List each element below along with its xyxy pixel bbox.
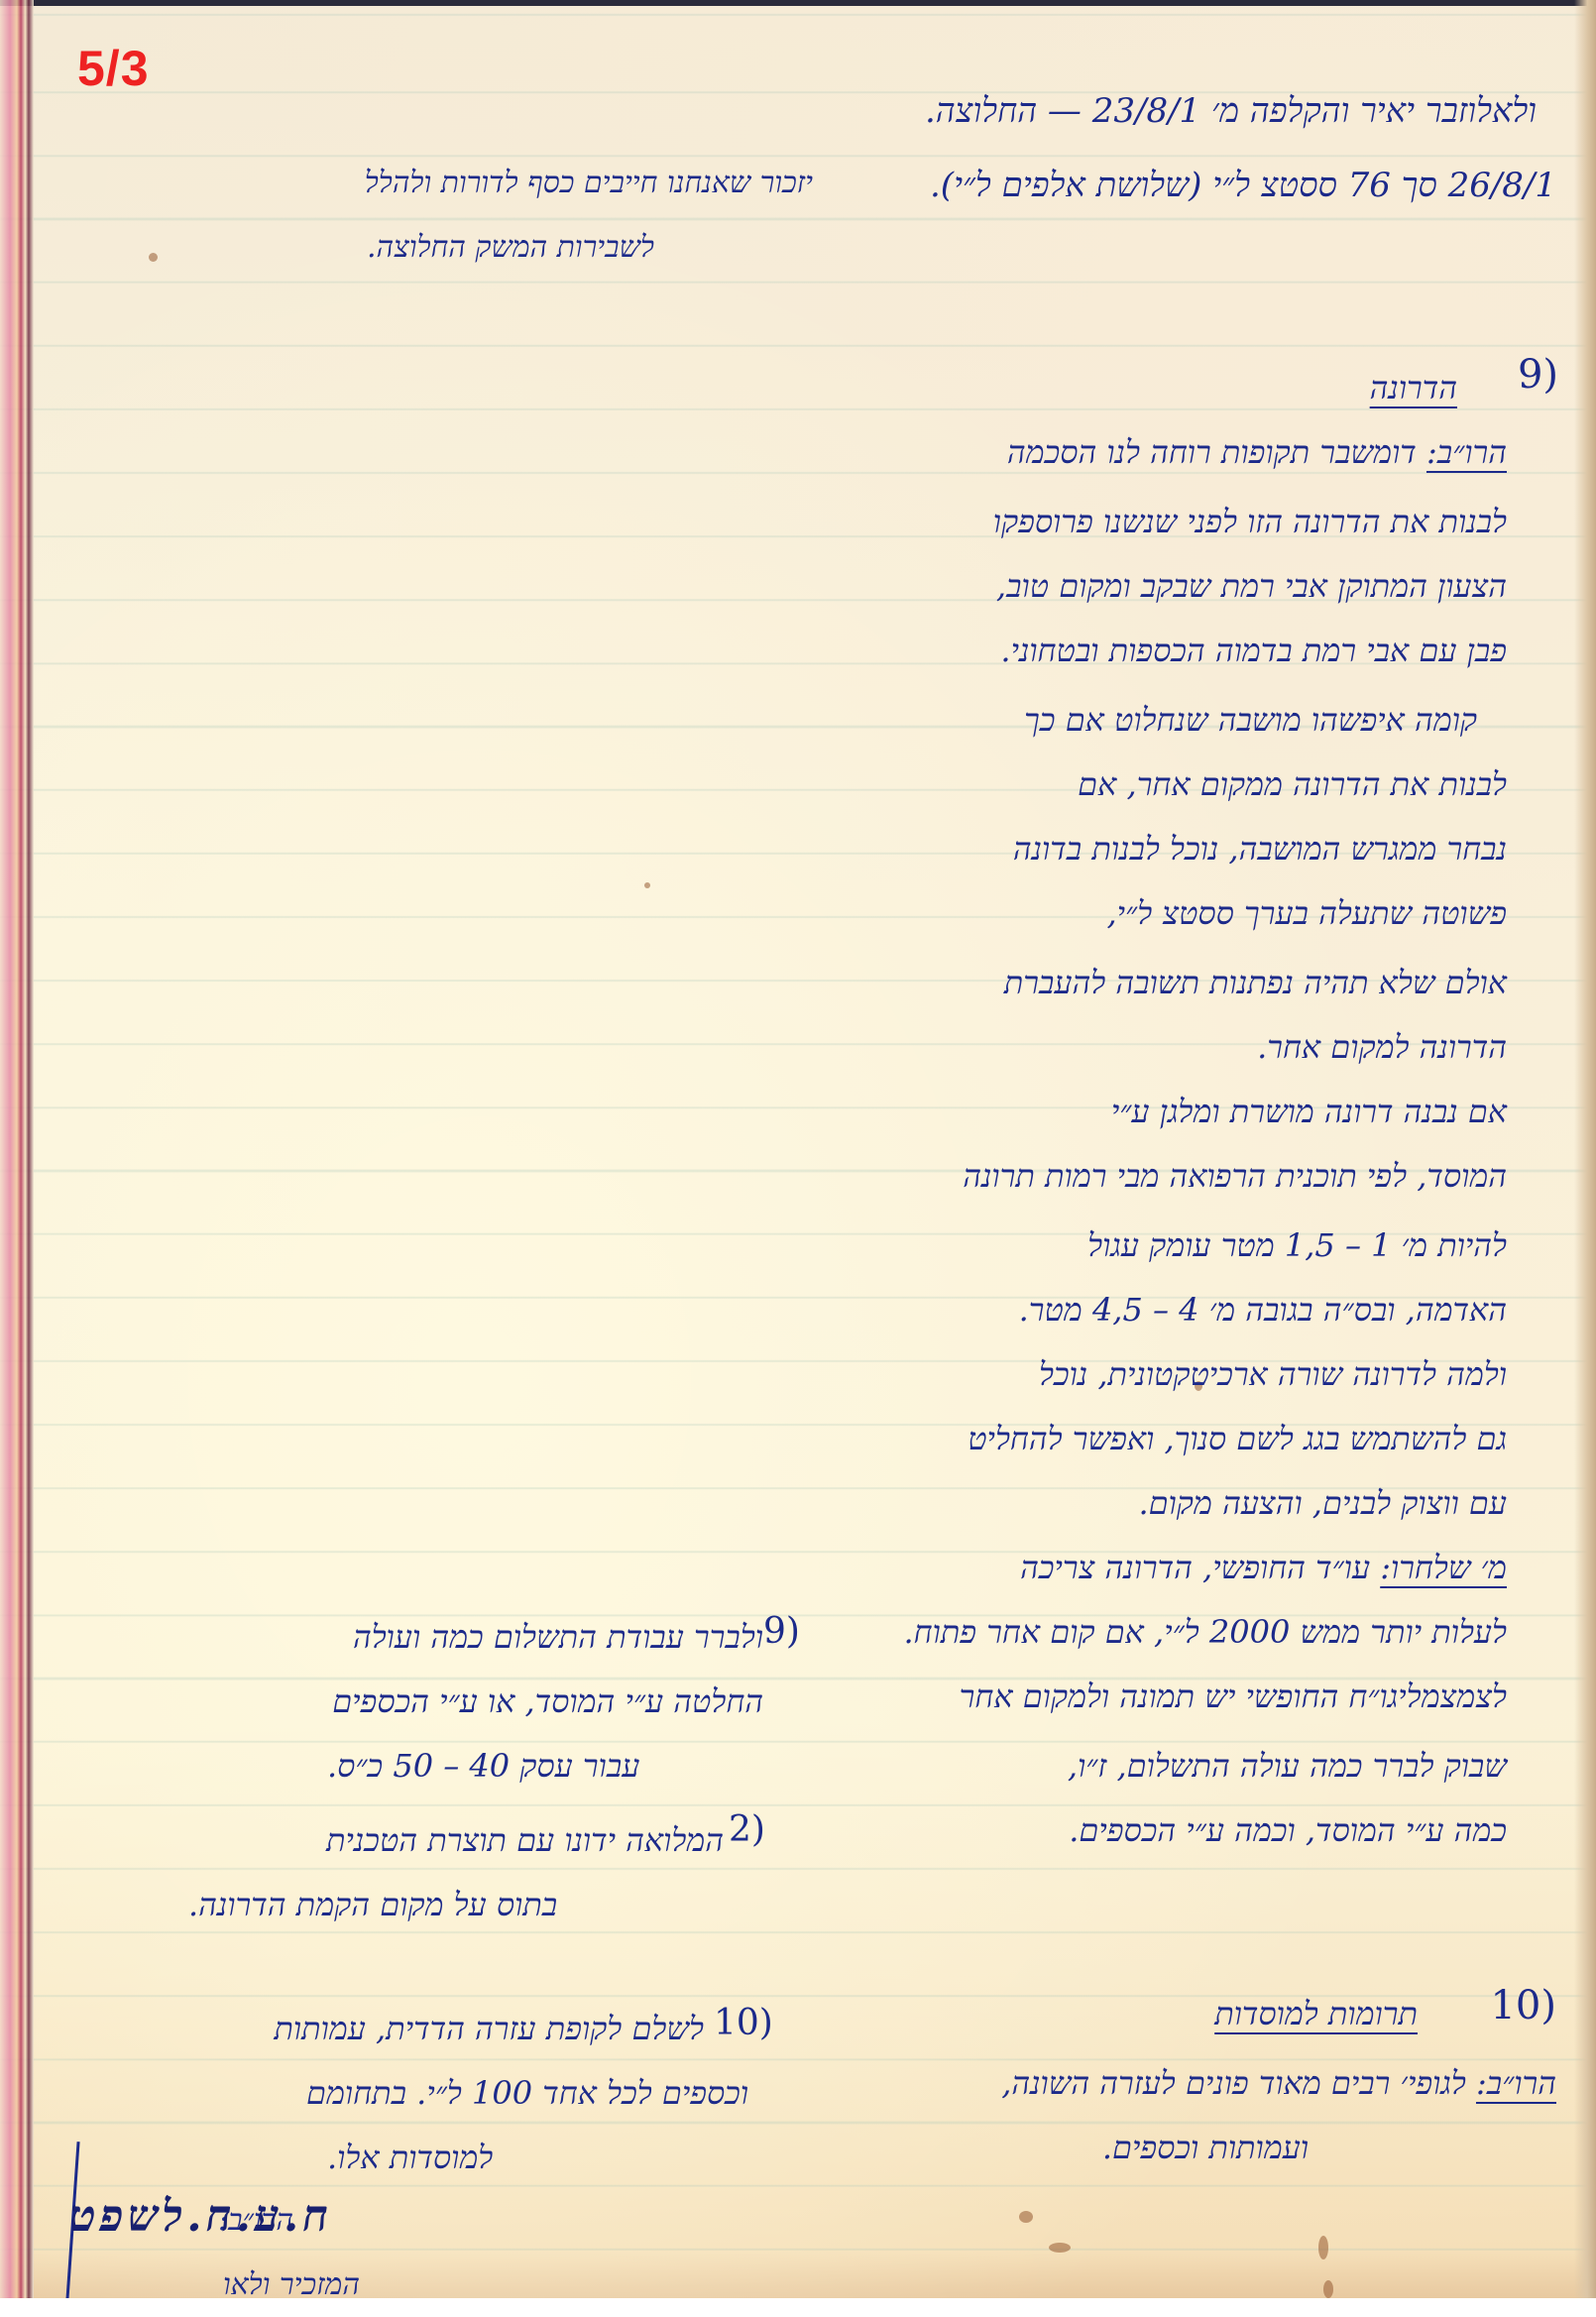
section-9-title: הדרונה — [1370, 372, 1457, 404]
page-right-edge — [1574, 0, 1596, 2298]
section-9-line: הדרונה למקום אחר. — [1257, 1031, 1507, 1063]
ink-speck — [149, 253, 158, 262]
signature-name: ח.ע.ח.לשפט — [69, 2191, 332, 2242]
decision-9-item-2-number: 2) — [729, 1809, 765, 1850]
section-9-paragraph-2-line: עם ווצוק לבנים, והצעה מקום. — [1138, 1487, 1507, 1519]
scan-top-edge — [0, 0, 1596, 6]
section-9-paragraph-2-line: גם להשתמש בגג לשם סנוך, ואפשר להחליט — [968, 1423, 1507, 1454]
section-9-line: נבחר ממגרש המושבה, נוכל לבנות בדונה — [1013, 833, 1507, 865]
section-9-number: 9) — [1518, 352, 1558, 398]
header-note-line-2: לשבירות המשק החלוצה. — [367, 233, 654, 263]
decision-9-line: עבור עסק 40 – 50 כ״ס. — [327, 1750, 639, 1782]
section-9-line: פשוטה שתעלה בערך ססטצ ל״י, — [1106, 897, 1507, 929]
header-line-1: ולאלוזבר יאיר והקלפה מ׳ 23/8/1 — החלוצה. — [925, 94, 1537, 128]
section-9-line: קומה איפשהו מושבה שנחלוט אם כך — [1024, 704, 1477, 736]
section-9-paragraph-3-line: לעלות יותר ממש 2000 ל״י, אם קום אחר פתוח… — [903, 1616, 1507, 1648]
speaker-label: הרו״ב: — [1426, 433, 1507, 471]
decision-9-item-2-line: בתוס על מקום הקמת הדרונה. — [188, 1889, 557, 1920]
section-9-paragraph-2-line: האדמה, ובס״ה בגובה מ׳ 4 – 4,5 מטר. — [1019, 1294, 1507, 1326]
rust-stain — [1019, 2211, 1033, 2223]
section-9-line: הצעון המתוקן אבי רמת שבקב ומקום טוב, — [996, 570, 1507, 602]
decision-10-line: לשלם לקופת עזרה הדדית, עמותות — [109, 2013, 704, 2044]
section-9-line: לבנות את הדרונה ממקום אחר, אם — [1078, 768, 1507, 800]
section-9-body: הרו״ב: דומשבר תקופות רוחה לנו הסכמה — [1007, 436, 1507, 468]
decision-9-line: החלטה ע״י המוסד, או ע״י הכספים — [109, 1685, 763, 1717]
decision-9-line: ולברר עבודת התשלום כמה ועולה — [109, 1621, 763, 1653]
section-9-paragraph-3-line: לצמצמליגו״ח החופשי יש תמונה ולמקום אחר — [960, 1680, 1507, 1712]
section-9-paragraph-3-first: מ׳ שלחרו: עו״ד החופשי, הדרונה צריכה — [1020, 1552, 1507, 1583]
section-9-paragraph-3-line: שבוק לברר כמה עולה התשלום, ז״ו, — [1068, 1750, 1507, 1782]
decision-9-item-2-line: המלואה ידונו עם תוצרת הטכנית — [109, 1824, 724, 1856]
header-line-2: 26/8/1 סך 76 ססטצ ל״י (שלושת אלפים ל״י). — [930, 169, 1556, 202]
secretary-signature-fragment: המזכיר ולאו — [223, 2270, 360, 2298]
rust-stain — [1323, 2280, 1333, 2298]
section-9-paragraph-2-line: להיות מ׳ 1 – 1,5 מטר עומק עגול — [1087, 1229, 1507, 1261]
sub-speaker-label: מ׳ שלחרו: — [1380, 1549, 1507, 1586]
section-9-paragraph-3-line: כמה ע״י המוסד, וכמה ע״י הכספים. — [1069, 1814, 1507, 1846]
section-10-line: ועמותות וכספים. — [1102, 2132, 1309, 2163]
section-9-paragraph-2-line: ולמה לדרונה שורה ארכיטקטונית, נוכל — [1039, 1358, 1507, 1390]
decision-10-line: וכספים לכל אחד 100 ל״י. בתחומם — [55, 2077, 748, 2109]
decision-10-number: 10) — [714, 2003, 773, 2043]
rust-stain — [1318, 2236, 1328, 2259]
section-10-title: תרומות למוסדות — [1214, 1998, 1418, 2029]
ruled-lines — [0, 0, 1596, 2298]
rust-stain — [1049, 2243, 1071, 2253]
decision-10-line: למוסדות אלו. — [327, 2142, 493, 2173]
scanned-page: 5/3 ולאלוזבר יאיר והקלפה מ׳ 23/8/1 — החל… — [0, 0, 1596, 2298]
section-9-line: אולם שלא תהיה נפתנות תשובה להעברת — [1004, 967, 1507, 998]
header-note-line-1: יזכור שאנחנו חייבים כסף לדורות ולהלל — [119, 169, 813, 198]
speaker-label: הרו״ב: — [1476, 2064, 1556, 2102]
page-number-label: 5/3 — [77, 40, 150, 97]
section-10-number: 10) — [1490, 1983, 1556, 2028]
section-9-line: לבנות את הדרונה הזו לפני שנשנו פרוספקו — [993, 506, 1507, 537]
binding-edge — [0, 0, 34, 2298]
section-9-paragraph-2-line: אם נבנה דרונה מושרת ומלגן ע״י — [1111, 1096, 1507, 1127]
ink-speck — [644, 882, 650, 888]
section-10-body: הרו״ב: לגופי׳ רבים מאוד פונים לעזרה השונ… — [1001, 2067, 1556, 2099]
section-9-paragraph-2-line: המוסד, לפי תוכנית הרפואה מבי רמות תרונה — [963, 1160, 1507, 1192]
decision-9-number: 9) — [763, 1611, 800, 1652]
section-9-line: פבן עם אבי רמת בדמוה הכספות ובטחוני. — [1000, 635, 1507, 666]
